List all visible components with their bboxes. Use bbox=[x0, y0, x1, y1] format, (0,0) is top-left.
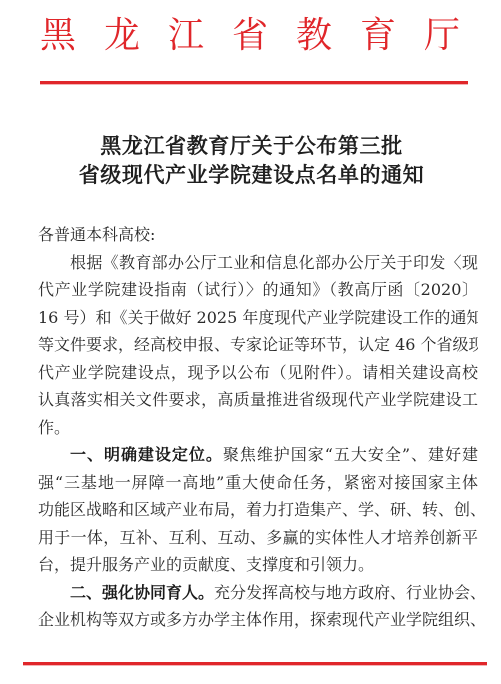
section-2-heading-line: 二、强化协同育人。充分发挥高校与地方政府、行业协会、 bbox=[38, 579, 478, 607]
document-title-line-2: 省级现代产业学院建设点名单的通知 bbox=[0, 160, 501, 189]
paragraph-1-line: 根据《教育部办公厅工业和信息化部办公厅关于印发〈现 bbox=[38, 249, 478, 277]
section-1-line: 强“三基地一屏障一高地”重大使命任务，紧密对接国家主体 bbox=[38, 469, 478, 497]
section-1-line: 功能区战略和区域产业布局，着力打造集产、学、研、转、创、 bbox=[38, 496, 478, 524]
paragraph-1-line: 代产业学院建设指南（试行）〉的通知》（教高厅函〔2020〕 bbox=[38, 276, 478, 304]
section-1-heading-line: 一、明确建设定位。聚焦维护国家“五大安全”、建好建 bbox=[38, 441, 478, 469]
document-body: 各普通本科高校: 根据《教育部办公厅工业和信息化部办公厅关于印发〈现 代产业学院… bbox=[38, 221, 478, 634]
footer-red-rule bbox=[23, 662, 487, 665]
section-2-text: 充分发挥高校与地方政府、行业协会、 bbox=[214, 583, 478, 602]
section-1-line: 用于一体，互补、互利、互动、多赢的实体性人才培养创新平 bbox=[38, 524, 478, 552]
paragraph-1-line: 认真落实相关文件要求，高质量推进省级现代产业学院建设工 bbox=[38, 386, 478, 414]
section-1-lead: 一、明确建设定位。 bbox=[70, 445, 223, 464]
masthead-red-rule bbox=[40, 81, 468, 84]
paragraph-1-line: 代产业学院建设点，现予以公布（见附件）。请相关建设高校 bbox=[38, 359, 478, 387]
salutation: 各普通本科高校: bbox=[38, 221, 478, 249]
paragraph-1-line: 16 号）和《关于做好 2025 年度现代产业学院建设工作的通知》 bbox=[38, 304, 478, 332]
section-1-text: 聚焦维护国家“五大安全”、建好建 bbox=[223, 445, 478, 464]
paragraph-1-line: 等文件要求，经高校申报、专家论证等环节，认定 46 个省级现 bbox=[38, 331, 478, 359]
section-1-line: 台，提升服务产业的贡献度、支撑度和引领力。 bbox=[38, 551, 478, 579]
issuer-masthead: 黑龙江省教育厅 bbox=[40, 14, 488, 58]
paragraph-1-line: 作。 bbox=[38, 414, 478, 442]
section-2-lead: 二、强化协同育人。 bbox=[70, 583, 214, 602]
section-2-line: 企业机构等双方或多方办学主体作用，探索现代产业学院组织、 bbox=[38, 606, 478, 634]
document-title-line-1: 黑龙江省教育厅关于公布第三批 bbox=[0, 131, 501, 160]
document-title: 黑龙江省教育厅关于公布第三批 省级现代产业学院建设点名单的通知 bbox=[0, 131, 501, 189]
